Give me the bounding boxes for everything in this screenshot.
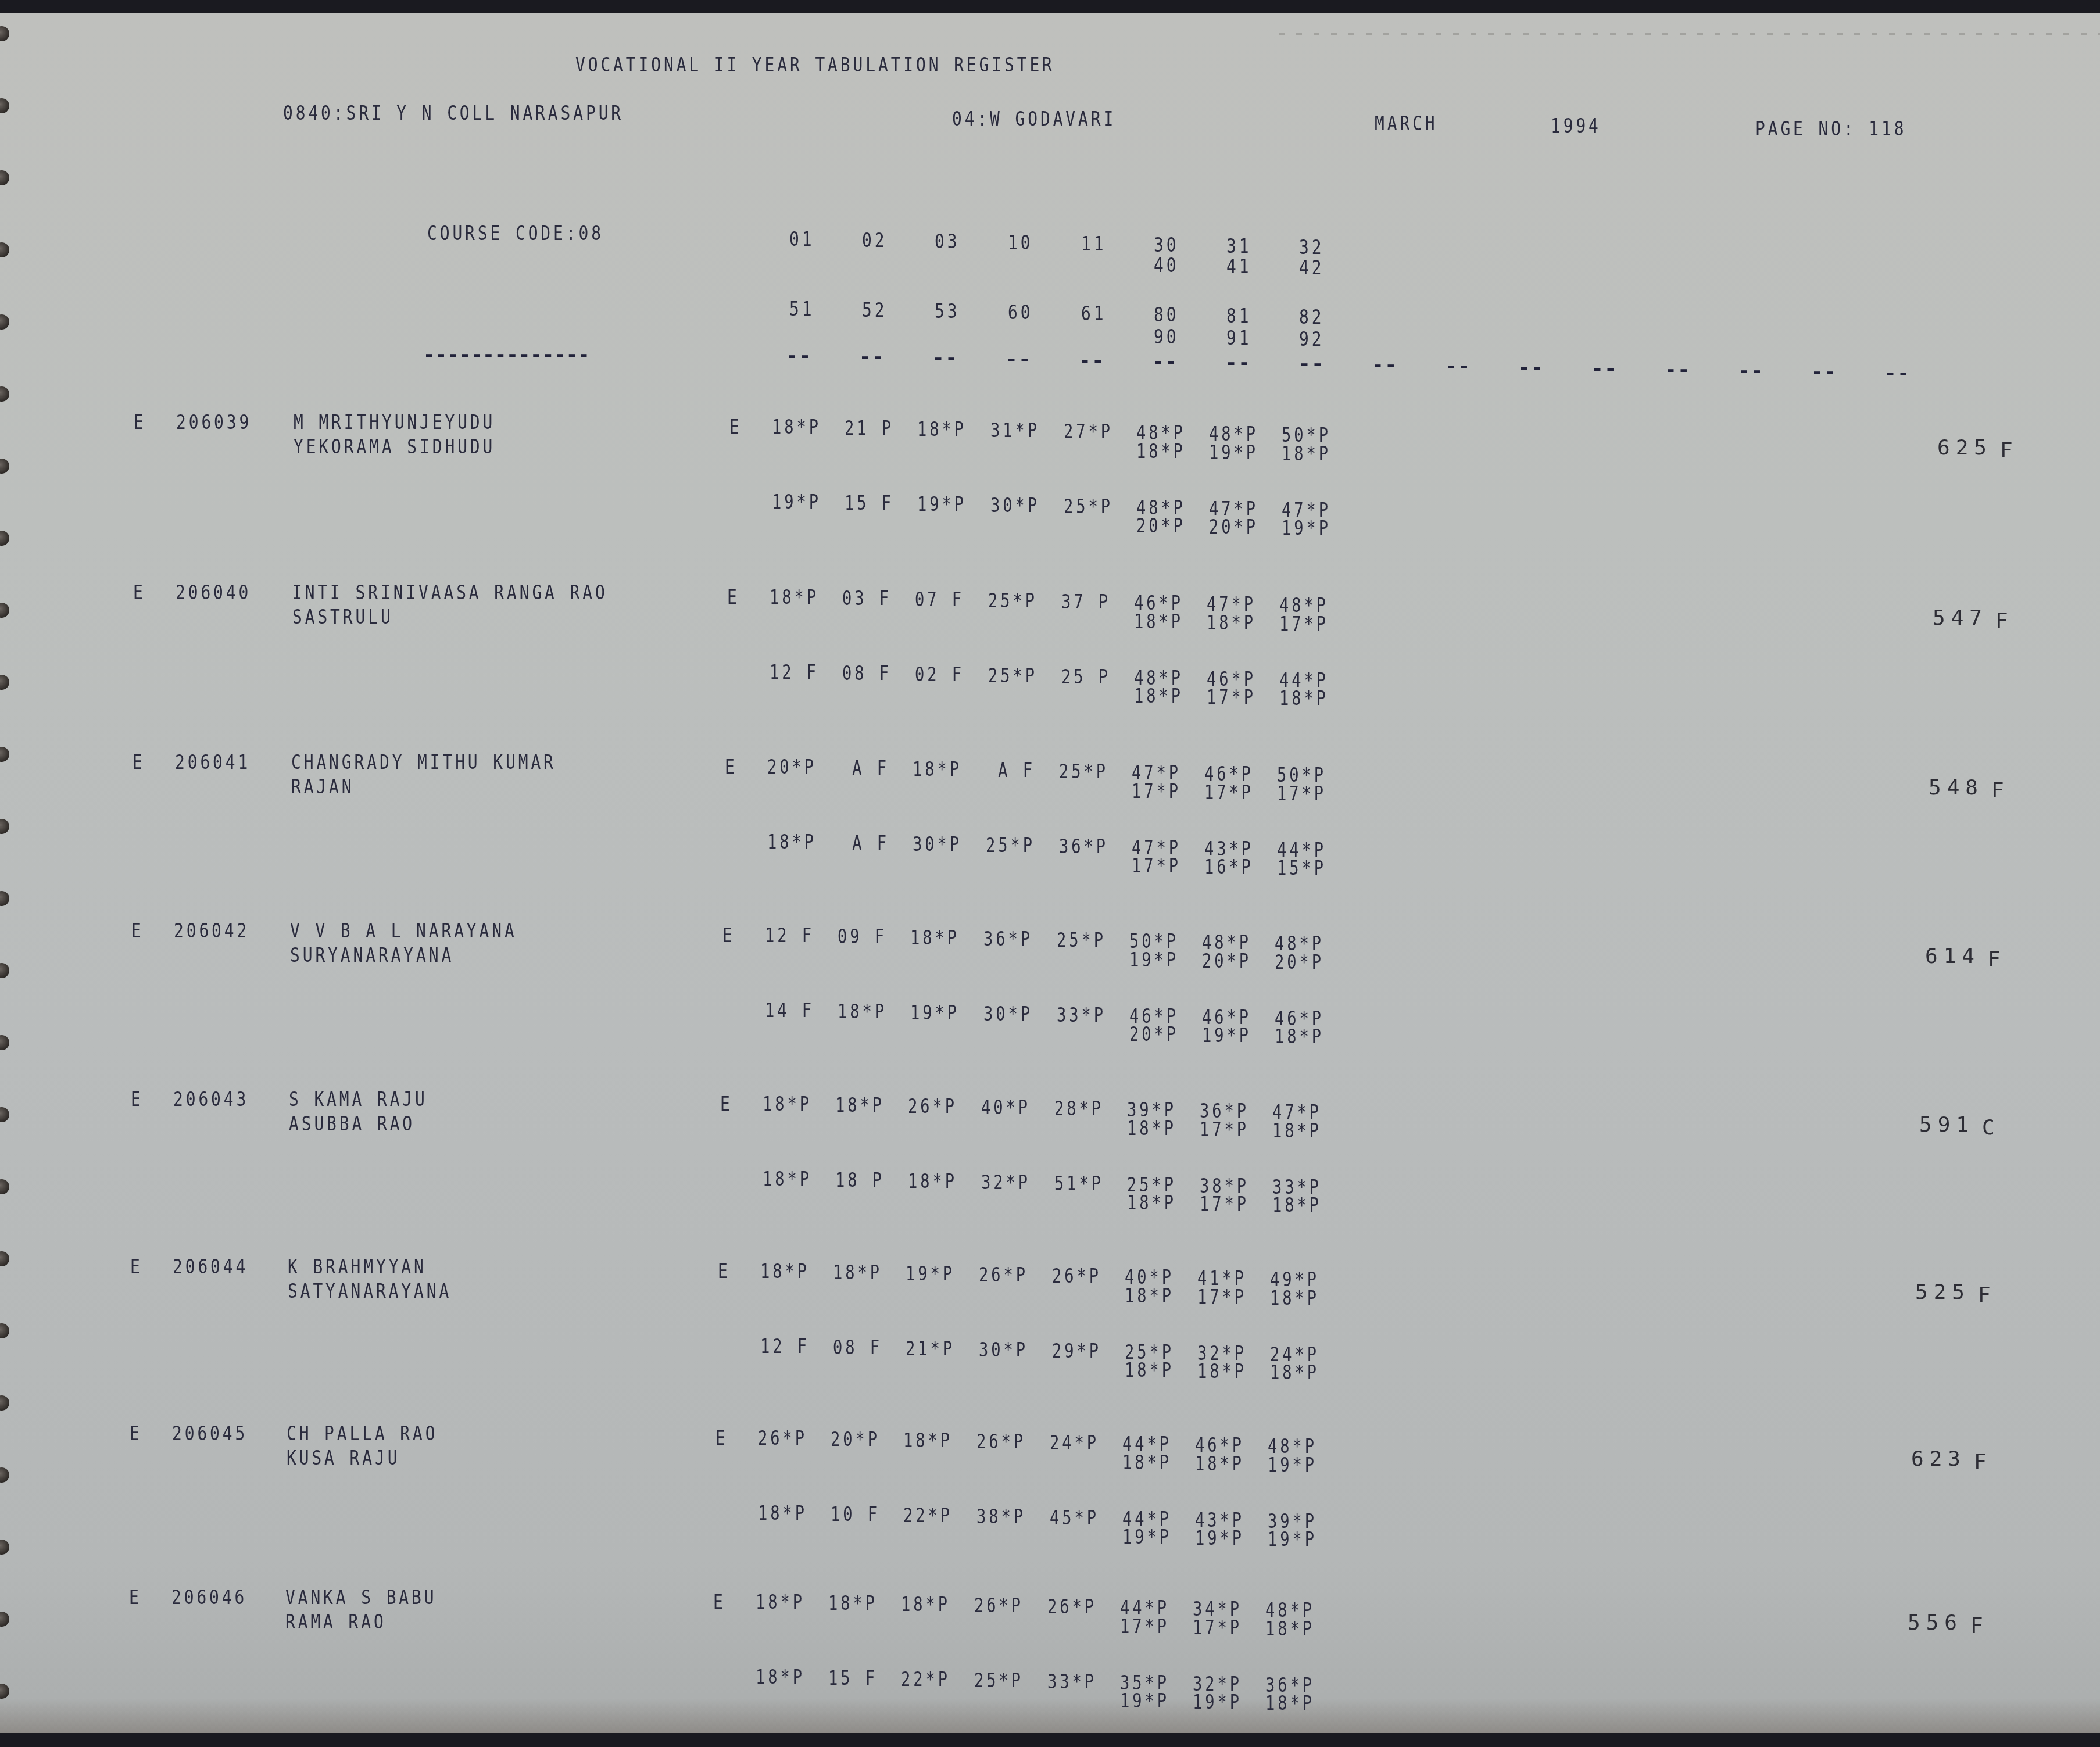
second-year-mark: 29*P: [1052, 1341, 1101, 1361]
exam-medium: E: [727, 588, 740, 607]
second-year-mark: 19*P: [1193, 1692, 1242, 1712]
second-year-mark: 12 F: [760, 1337, 810, 1356]
column-code: 32: [1299, 238, 1324, 257]
student-name: V V B A L NARAYANA: [290, 921, 517, 941]
first-year-mark: 18*P: [913, 760, 962, 779]
first-year-mark: 21 P: [845, 418, 894, 438]
first-year-mark: 26*P: [1047, 1597, 1097, 1616]
column-code: 51: [789, 299, 814, 319]
first-year-mark: 27*P: [1064, 422, 1113, 441]
student-name: S KAMA RAJU: [289, 1090, 428, 1109]
student-medium: E: [130, 1424, 142, 1444]
result-code: F: [1974, 1450, 1992, 1474]
grand-total: 614: [1925, 944, 1980, 968]
second-year-mark: 20*P: [1129, 1025, 1179, 1044]
first-year-mark: 26*P: [976, 1432, 1026, 1451]
student-name: INTI SRINIVAASA RANGA RAO: [292, 583, 608, 603]
first-year-mark: 19*P: [1129, 950, 1179, 969]
student-name: M MRITHYUNJEYUDU: [294, 413, 495, 432]
father-name: SURYANARAYANA: [290, 946, 454, 965]
second-year-mark: 16*P: [1204, 857, 1254, 876]
hall-ticket-number: 206039: [176, 413, 252, 432]
grand-total: 556: [1908, 1611, 1963, 1635]
result-code: F: [1970, 1614, 1989, 1638]
first-year-mark: 26*P: [758, 1429, 807, 1448]
student-medium: E: [134, 413, 146, 432]
first-year-mark: 40*P: [981, 1098, 1031, 1117]
second-year-mark: 36*P: [1059, 837, 1108, 856]
first-year-mark: 25*P: [988, 591, 1038, 610]
second-year-mark: 18*P: [1270, 1363, 1319, 1382]
first-year-mark: 18*P: [1265, 1619, 1315, 1638]
second-year-mark: 21*P: [906, 1339, 955, 1358]
second-year-mark: 18*P: [767, 832, 817, 851]
first-year-mark: 18*P: [901, 1595, 950, 1614]
grand-total: 548: [1929, 776, 1984, 800]
second-year-mark: 15*P: [1277, 858, 1326, 878]
column-dash: --: [1298, 352, 1325, 375]
second-year-mark: 10 F: [831, 1505, 880, 1524]
second-year-mark: 02 F: [915, 665, 964, 684]
second-year-mark: 19*P: [917, 495, 967, 514]
result-code: F: [1991, 779, 2010, 803]
column-code: 01: [789, 230, 814, 249]
first-year-mark: A F: [986, 761, 1035, 780]
column-dash: --: [1884, 361, 1911, 385]
first-year-mark: 20*P: [1275, 953, 1324, 972]
column-dash: --: [1738, 359, 1764, 382]
first-year-mark: 17*P: [1204, 783, 1254, 802]
first-year-mark: 20*P: [767, 757, 817, 776]
father-name: KUSA RAJU: [287, 1448, 400, 1468]
exam-year: 1994: [1551, 116, 1601, 136]
first-year-mark: 18*P: [770, 588, 819, 607]
second-year-mark: 17*P: [1132, 856, 1181, 875]
column-code: 81: [1226, 306, 1251, 326]
student-medium: E: [131, 921, 144, 941]
second-year-mark: 18*P: [1127, 1193, 1176, 1212]
student-name: CH PALLA RAO: [287, 1424, 438, 1444]
column-code: 41: [1226, 257, 1251, 277]
page-number: PAGE NO: 118: [1755, 119, 1906, 139]
second-year-mark: 18*P: [756, 1667, 805, 1687]
result-code: F: [1995, 609, 2014, 633]
second-year-mark: 18 P: [835, 1170, 885, 1190]
grand-total: 623: [1911, 1447, 1966, 1471]
first-year-mark: 36*P: [983, 929, 1033, 948]
first-year-mark: 19*P: [906, 1264, 955, 1283]
second-year-mark: 19*P: [772, 492, 821, 511]
first-year-mark: 09 F: [838, 927, 887, 946]
first-year-mark: 07 F: [915, 590, 964, 609]
result-code: F: [1988, 947, 2006, 971]
hall-ticket-number: 206045: [172, 1424, 248, 1444]
student-name: CHANGRADY MITHU KUMAR: [291, 753, 556, 772]
second-year-mark: 18*P: [1125, 1361, 1174, 1380]
first-year-mark: 24*P: [1050, 1433, 1099, 1452]
column-code: 53: [935, 302, 960, 321]
column-code: 42: [1299, 258, 1324, 278]
second-year-mark: 08 F: [833, 1338, 882, 1357]
second-year-mark: 08 F: [842, 664, 892, 683]
first-year-mark: 18*P: [1207, 613, 1256, 632]
column-code: 11: [1081, 234, 1106, 254]
second-year-mark: 25*P: [988, 666, 1038, 685]
second-year-mark: 19*P: [1122, 1527, 1172, 1546]
first-year-mark: 18*P: [1134, 612, 1183, 631]
column-dash: --: [1445, 355, 1471, 378]
second-year-mark: 45*P: [1050, 1508, 1099, 1527]
first-year-mark: 18*P: [760, 1262, 810, 1281]
hall-ticket-number: 206042: [174, 921, 249, 941]
first-year-mark: 03 F: [842, 589, 892, 608]
register-page: [0, 13, 2100, 1733]
first-year-mark: 18*P: [1272, 1121, 1322, 1140]
second-year-mark: 19*P: [1120, 1691, 1169, 1710]
grand-total: 525: [1915, 1280, 1970, 1304]
exam-medium: E: [725, 757, 738, 777]
second-year-mark: 12 F: [770, 663, 819, 682]
first-year-mark: 17*P: [1197, 1287, 1247, 1306]
result-code: C: [1982, 1116, 2001, 1140]
first-year-mark: 18*P: [833, 1263, 882, 1282]
district-name: 04:W GODAVARI: [952, 109, 1116, 129]
second-year-mark: 19*P: [1195, 1528, 1244, 1548]
second-year-mark: 19*P: [910, 1003, 960, 1022]
column-code: 91: [1226, 328, 1251, 348]
second-year-mark: 18*P: [1279, 689, 1329, 708]
first-year-mark: 37 P: [1061, 592, 1111, 611]
second-year-mark: 22*P: [901, 1670, 950, 1689]
first-year-mark: 26*P: [974, 1596, 1024, 1615]
second-year-mark: 19*P: [1202, 1026, 1251, 1045]
second-year-mark: 38*P: [976, 1507, 1026, 1526]
second-year-mark: 18*P: [763, 1169, 812, 1188]
first-year-mark: 20*P: [1202, 951, 1251, 971]
first-year-mark: 18*P: [1125, 1286, 1174, 1305]
exam-medium: E: [729, 417, 742, 437]
first-year-mark: 17*P: [1193, 1618, 1242, 1637]
first-year-mark: 18*P: [1136, 442, 1186, 461]
first-year-mark: 17*P: [1120, 1617, 1169, 1636]
hall-ticket-number: 206040: [176, 583, 251, 603]
second-year-mark: 14 F: [765, 1001, 814, 1020]
column-code: 60: [1008, 303, 1033, 323]
first-year-mark: 25*P: [1057, 930, 1106, 950]
second-year-mark: 20*P: [1136, 516, 1186, 535]
first-year-mark: 12 F: [765, 926, 814, 945]
column-code: 52: [862, 300, 887, 320]
first-year-mark: 26*P: [1052, 1266, 1101, 1286]
column-dash: --: [1152, 350, 1178, 373]
second-year-mark: 20*P: [1209, 517, 1258, 536]
second-year-mark: 25*P: [986, 836, 1035, 855]
second-year-mark: 17*P: [1200, 1194, 1249, 1213]
first-year-mark: 18*P: [903, 1431, 953, 1450]
second-year-mark: 18*P: [908, 1172, 957, 1191]
first-year-mark: 18*P: [763, 1094, 812, 1114]
first-year-mark: 17*P: [1277, 784, 1326, 803]
exam-month: MARCH: [1375, 114, 1438, 134]
page-shadow: [0, 1698, 2100, 1733]
second-year-mark: 15 F: [828, 1669, 878, 1688]
column-code: 61: [1081, 304, 1106, 324]
column-code: 30: [1154, 235, 1179, 255]
first-year-mark: A F: [840, 758, 889, 778]
hall-ticket-number: 206043: [173, 1090, 249, 1109]
first-year-mark: 26*P: [979, 1265, 1028, 1284]
first-year-mark: 26*P: [908, 1097, 957, 1116]
first-year-mark: 25*P: [1059, 762, 1108, 781]
second-year-mark: 25*P: [1064, 497, 1113, 516]
column-dash: --: [1225, 351, 1251, 374]
first-year-mark: 18*P: [828, 1594, 878, 1613]
column-dash: --: [1811, 360, 1837, 384]
first-year-mark: 19*P: [1268, 1455, 1317, 1474]
first-year-mark: 18*P: [1122, 1453, 1172, 1472]
father-name: SATYANARAYANA: [288, 1281, 452, 1301]
column-code: 82: [1299, 307, 1324, 327]
second-year-mark: 18*P: [838, 1002, 887, 1021]
course-underline: --------------: [423, 343, 590, 366]
student-medium: E: [133, 753, 145, 772]
column-dash: --: [786, 344, 812, 367]
first-year-mark: 18*P: [1282, 444, 1331, 463]
perforation-line: [1279, 33, 2100, 35]
second-year-mark: 33*P: [1057, 1005, 1106, 1025]
column-code: 31: [1226, 237, 1251, 256]
second-year-mark: 18*P: [1272, 1195, 1322, 1215]
first-year-mark: 17*P: [1200, 1120, 1249, 1139]
first-year-mark: 18*P: [772, 417, 821, 436]
first-year-mark: 20*P: [831, 1430, 880, 1449]
second-year-mark: 18*P: [1134, 686, 1183, 706]
grand-total: 547: [1933, 606, 1988, 630]
first-year-mark: 18*P: [1127, 1119, 1176, 1138]
second-year-mark: 32*P: [981, 1173, 1031, 1192]
column-code: 40: [1154, 256, 1179, 275]
second-year-mark: 51*P: [1054, 1174, 1104, 1193]
second-year-mark: 25 P: [1061, 667, 1111, 686]
column-dash: --: [1006, 348, 1032, 371]
column-code: 02: [862, 231, 887, 250]
exam-medium: E: [718, 1262, 731, 1281]
second-year-mark: 30*P: [913, 835, 962, 854]
second-year-mark: 15 F: [845, 493, 894, 513]
second-year-mark: 30*P: [990, 496, 1040, 515]
student-medium: E: [130, 1257, 143, 1277]
student-name: K BRAHMYYAN: [288, 1257, 427, 1277]
hall-ticket-number: 206041: [175, 753, 251, 772]
column-dash: --: [1372, 353, 1398, 377]
second-year-mark: 17*P: [1207, 688, 1256, 707]
grand-total: 591: [1919, 1113, 1974, 1137]
second-year-mark: 19*P: [1268, 1530, 1317, 1549]
column-code: 80: [1154, 305, 1179, 325]
first-year-mark: 17*P: [1279, 614, 1329, 633]
father-name: YEKORAMA SIDHUDU: [294, 437, 495, 457]
second-year-mark: 22*P: [903, 1506, 953, 1525]
first-year-mark: 18*P: [910, 928, 960, 947]
student-medium: E: [131, 1090, 144, 1109]
father-name: RAMA RAO: [285, 1612, 387, 1632]
hall-ticket-number: 206046: [171, 1588, 247, 1608]
column-dash: --: [932, 346, 958, 370]
result-code: F: [1978, 1283, 1997, 1307]
column-code: 92: [1299, 330, 1324, 349]
first-year-mark: 18*P: [756, 1592, 805, 1612]
first-year-mark: 18*P: [917, 420, 967, 439]
second-year-mark: 30*P: [983, 1004, 1033, 1023]
father-name: SASTRULU: [292, 607, 393, 627]
column-code: 90: [1154, 327, 1179, 347]
second-year-mark: 30*P: [979, 1340, 1028, 1359]
column-dash: --: [1591, 357, 1618, 380]
father-name: RAJAN: [291, 777, 355, 797]
second-year-mark: 25*P: [974, 1671, 1024, 1690]
result-code: F: [2000, 439, 2019, 463]
second-year-mark: 18*P: [1197, 1362, 1247, 1381]
first-year-mark: 18*P: [835, 1096, 885, 1115]
exam-medium: E: [715, 1429, 728, 1448]
column-dash: --: [1079, 349, 1105, 372]
exam-medium: E: [720, 1094, 733, 1114]
column-dash: --: [1665, 358, 1691, 381]
first-year-mark: 17*P: [1132, 782, 1181, 801]
column-dash: --: [859, 345, 885, 368]
hall-ticket-number: 206044: [173, 1257, 248, 1277]
second-year-mark: 18*P: [1275, 1027, 1324, 1046]
register-title: VOCATIONAL II YEAR TABULATION REGISTER: [575, 55, 1055, 75]
course-code: COURSE CODE:08: [427, 224, 604, 244]
first-year-mark: 18*P: [1195, 1454, 1244, 1473]
student-medium: E: [133, 583, 146, 603]
second-year-mark: A F: [840, 833, 889, 853]
grand-total: 625: [1937, 436, 1992, 460]
column-dash: --: [1518, 356, 1544, 379]
first-year-mark: 18*P: [1270, 1288, 1319, 1308]
college-name: 0840:SRI Y N COLL NARASAPUR: [283, 103, 624, 123]
student-name: VANKA S BABU: [285, 1588, 437, 1608]
second-year-mark: 33*P: [1047, 1672, 1097, 1691]
exam-medium: E: [713, 1592, 726, 1612]
second-year-mark: 19*P: [1282, 518, 1331, 538]
column-code: 03: [935, 232, 960, 252]
father-name: ASUBBA RAO: [289, 1114, 415, 1134]
first-year-mark: 28*P: [1054, 1099, 1104, 1118]
first-year-mark: 31*P: [990, 421, 1040, 440]
student-medium: E: [129, 1588, 142, 1608]
exam-medium: E: [722, 926, 735, 946]
first-year-mark: 19*P: [1209, 443, 1258, 462]
second-year-mark: 18*P: [758, 1503, 807, 1523]
column-code: 10: [1008, 233, 1033, 253]
second-year-mark: 18*P: [1265, 1694, 1315, 1713]
